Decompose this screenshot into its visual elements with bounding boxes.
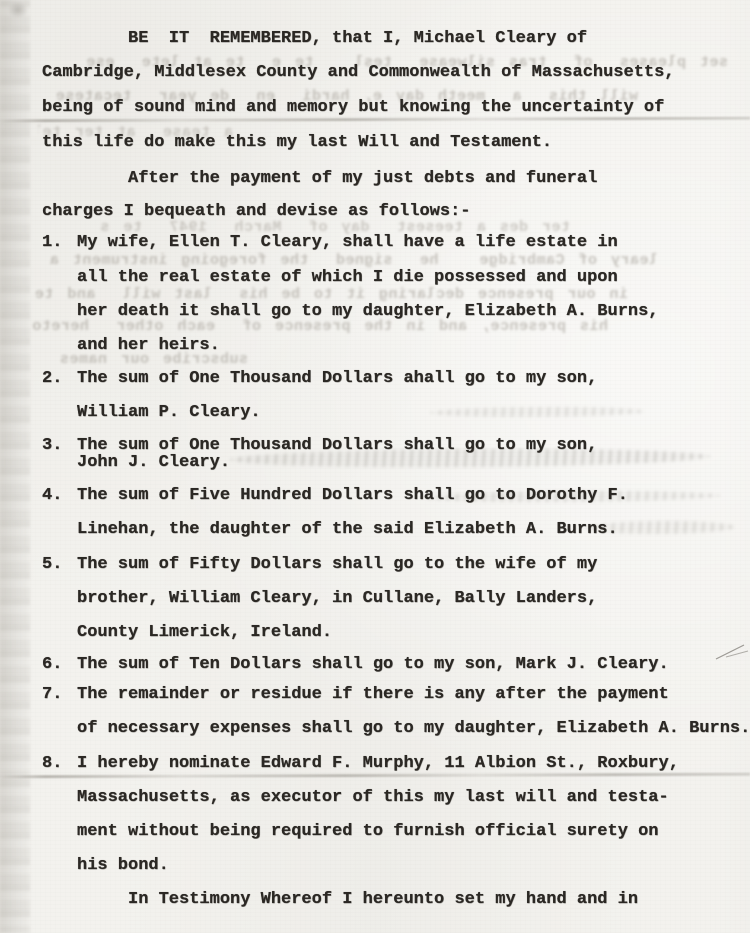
list-item-line: 5.The sum of Fifty Dollars shall go to t…	[42, 555, 750, 589]
text-line: In Testimony Whereof I hereunto set my h…	[42, 890, 750, 924]
list-number: 4.	[42, 486, 77, 506]
text-line: this life do make this my last Will and …	[42, 133, 750, 169]
line-text: BE IT REMEMBERED, that I, Michael Cleary…	[128, 29, 587, 48]
text-line: After the payment of my just debts and f…	[42, 169, 750, 202]
line-text: Massachusetts, as executor of this my la…	[77, 788, 669, 807]
list-number: 3.	[42, 436, 77, 456]
line-text: In Testimony Whereof I hereunto set my h…	[128, 890, 638, 909]
list-item-line: 8.I hereby nominate Edward F. Murphy, 11…	[42, 754, 750, 788]
line-text: William P. Cleary.	[77, 403, 261, 422]
scanned-will-page: set pleases of tras silwease tesl te e t…	[0, 0, 750, 933]
list-number: 1.	[42, 233, 77, 253]
text-line: his bond.	[42, 856, 750, 890]
list-item-line: 4.The sum of Five Hundred Dollars shall …	[42, 486, 750, 520]
line-text: The sum of Five Hundred Dollars shall go…	[77, 486, 628, 505]
line-text: The sum of One Thousand Dollars ahall go…	[77, 369, 597, 388]
line-text: Linehan, the daughter of the said Elizab…	[77, 520, 618, 539]
line-text: this life do make this my last Will and …	[42, 133, 552, 152]
line-text: her death it shall go to my daughter, El…	[77, 302, 659, 321]
text-line: charges I bequeath and devise as follows…	[42, 202, 750, 233]
text-line: of necessary expenses shall go to my dau…	[42, 719, 750, 754]
text-line: BE IT REMEMBERED, that I, Michael Cleary…	[42, 29, 750, 63]
line-text: I hereby nominate Edward F. Murphy, 11 A…	[77, 754, 679, 773]
text-line: and her heirs.	[42, 336, 750, 369]
line-text: his bond.	[77, 856, 169, 875]
list-number: 7.	[42, 685, 77, 705]
text-line: being of sound mind and memory but knowi…	[42, 98, 750, 133]
list-number: 5.	[42, 555, 77, 575]
line-text: ment without being required to furnish o…	[77, 822, 659, 841]
list-item-line: 1.My wife, Ellen T. Cleary, shall have a…	[42, 233, 750, 268]
text-line: ment without being required to furnish o…	[42, 822, 750, 856]
list-number: 6.	[42, 655, 77, 675]
text-line: Linehan, the daughter of the said Elizab…	[42, 520, 750, 555]
text-line: John J. Cleary.	[42, 453, 750, 486]
text-line: Massachusetts, as executor of this my la…	[42, 788, 750, 822]
line-text: brother, William Cleary, in Cullane, Bal…	[77, 589, 597, 608]
text-line: Cambridge, Middlesex County and Commonwe…	[42, 63, 750, 98]
line-text: The remainder or residue if there is any…	[77, 685, 669, 704]
line-text: all the real estate of which I die posse…	[77, 268, 618, 287]
document-text: BE IT REMEMBERED, that I, Michael Cleary…	[0, 0, 750, 933]
line-text: County Limerick, Ireland.	[77, 623, 332, 642]
text-line: all the real estate of which I die posse…	[42, 268, 750, 302]
list-item-line: 3.The sum of One Thousand Dollars shall …	[42, 436, 750, 453]
line-text: and her heirs.	[77, 336, 220, 355]
text-line: brother, William Cleary, in Cullane, Bal…	[42, 589, 750, 623]
line-text: John J. Cleary.	[77, 453, 230, 472]
line-text: The sum of Fifty Dollars shall go to the…	[77, 555, 597, 574]
line-text: After the payment of my just debts and f…	[128, 169, 597, 188]
list-number: 8.	[42, 754, 77, 774]
list-item-line: 2.The sum of One Thousand Dollars ahall …	[42, 369, 750, 403]
text-line: County Limerick, Ireland.	[42, 623, 750, 655]
line-text: My wife, Ellen T. Cleary, shall have a l…	[77, 233, 618, 252]
line-text: Cambridge, Middlesex County and Commonwe…	[42, 63, 675, 82]
line-text: of necessary expenses shall go to my dau…	[77, 719, 750, 738]
list-item-line: 6.The sum of Ten Dollars shall go to my …	[42, 655, 750, 685]
line-text: The sum of Ten Dollars shall go to my so…	[77, 655, 669, 674]
line-text: being of sound mind and memory but knowi…	[42, 98, 664, 117]
list-number: 2.	[42, 369, 77, 389]
list-item-line: 7.The remainder or residue if there is a…	[42, 685, 750, 719]
line-text: charges I bequeath and devise as follows…	[42, 202, 470, 221]
text-line: William P. Cleary.	[42, 403, 750, 436]
text-line: her death it shall go to my daughter, El…	[42, 302, 750, 336]
